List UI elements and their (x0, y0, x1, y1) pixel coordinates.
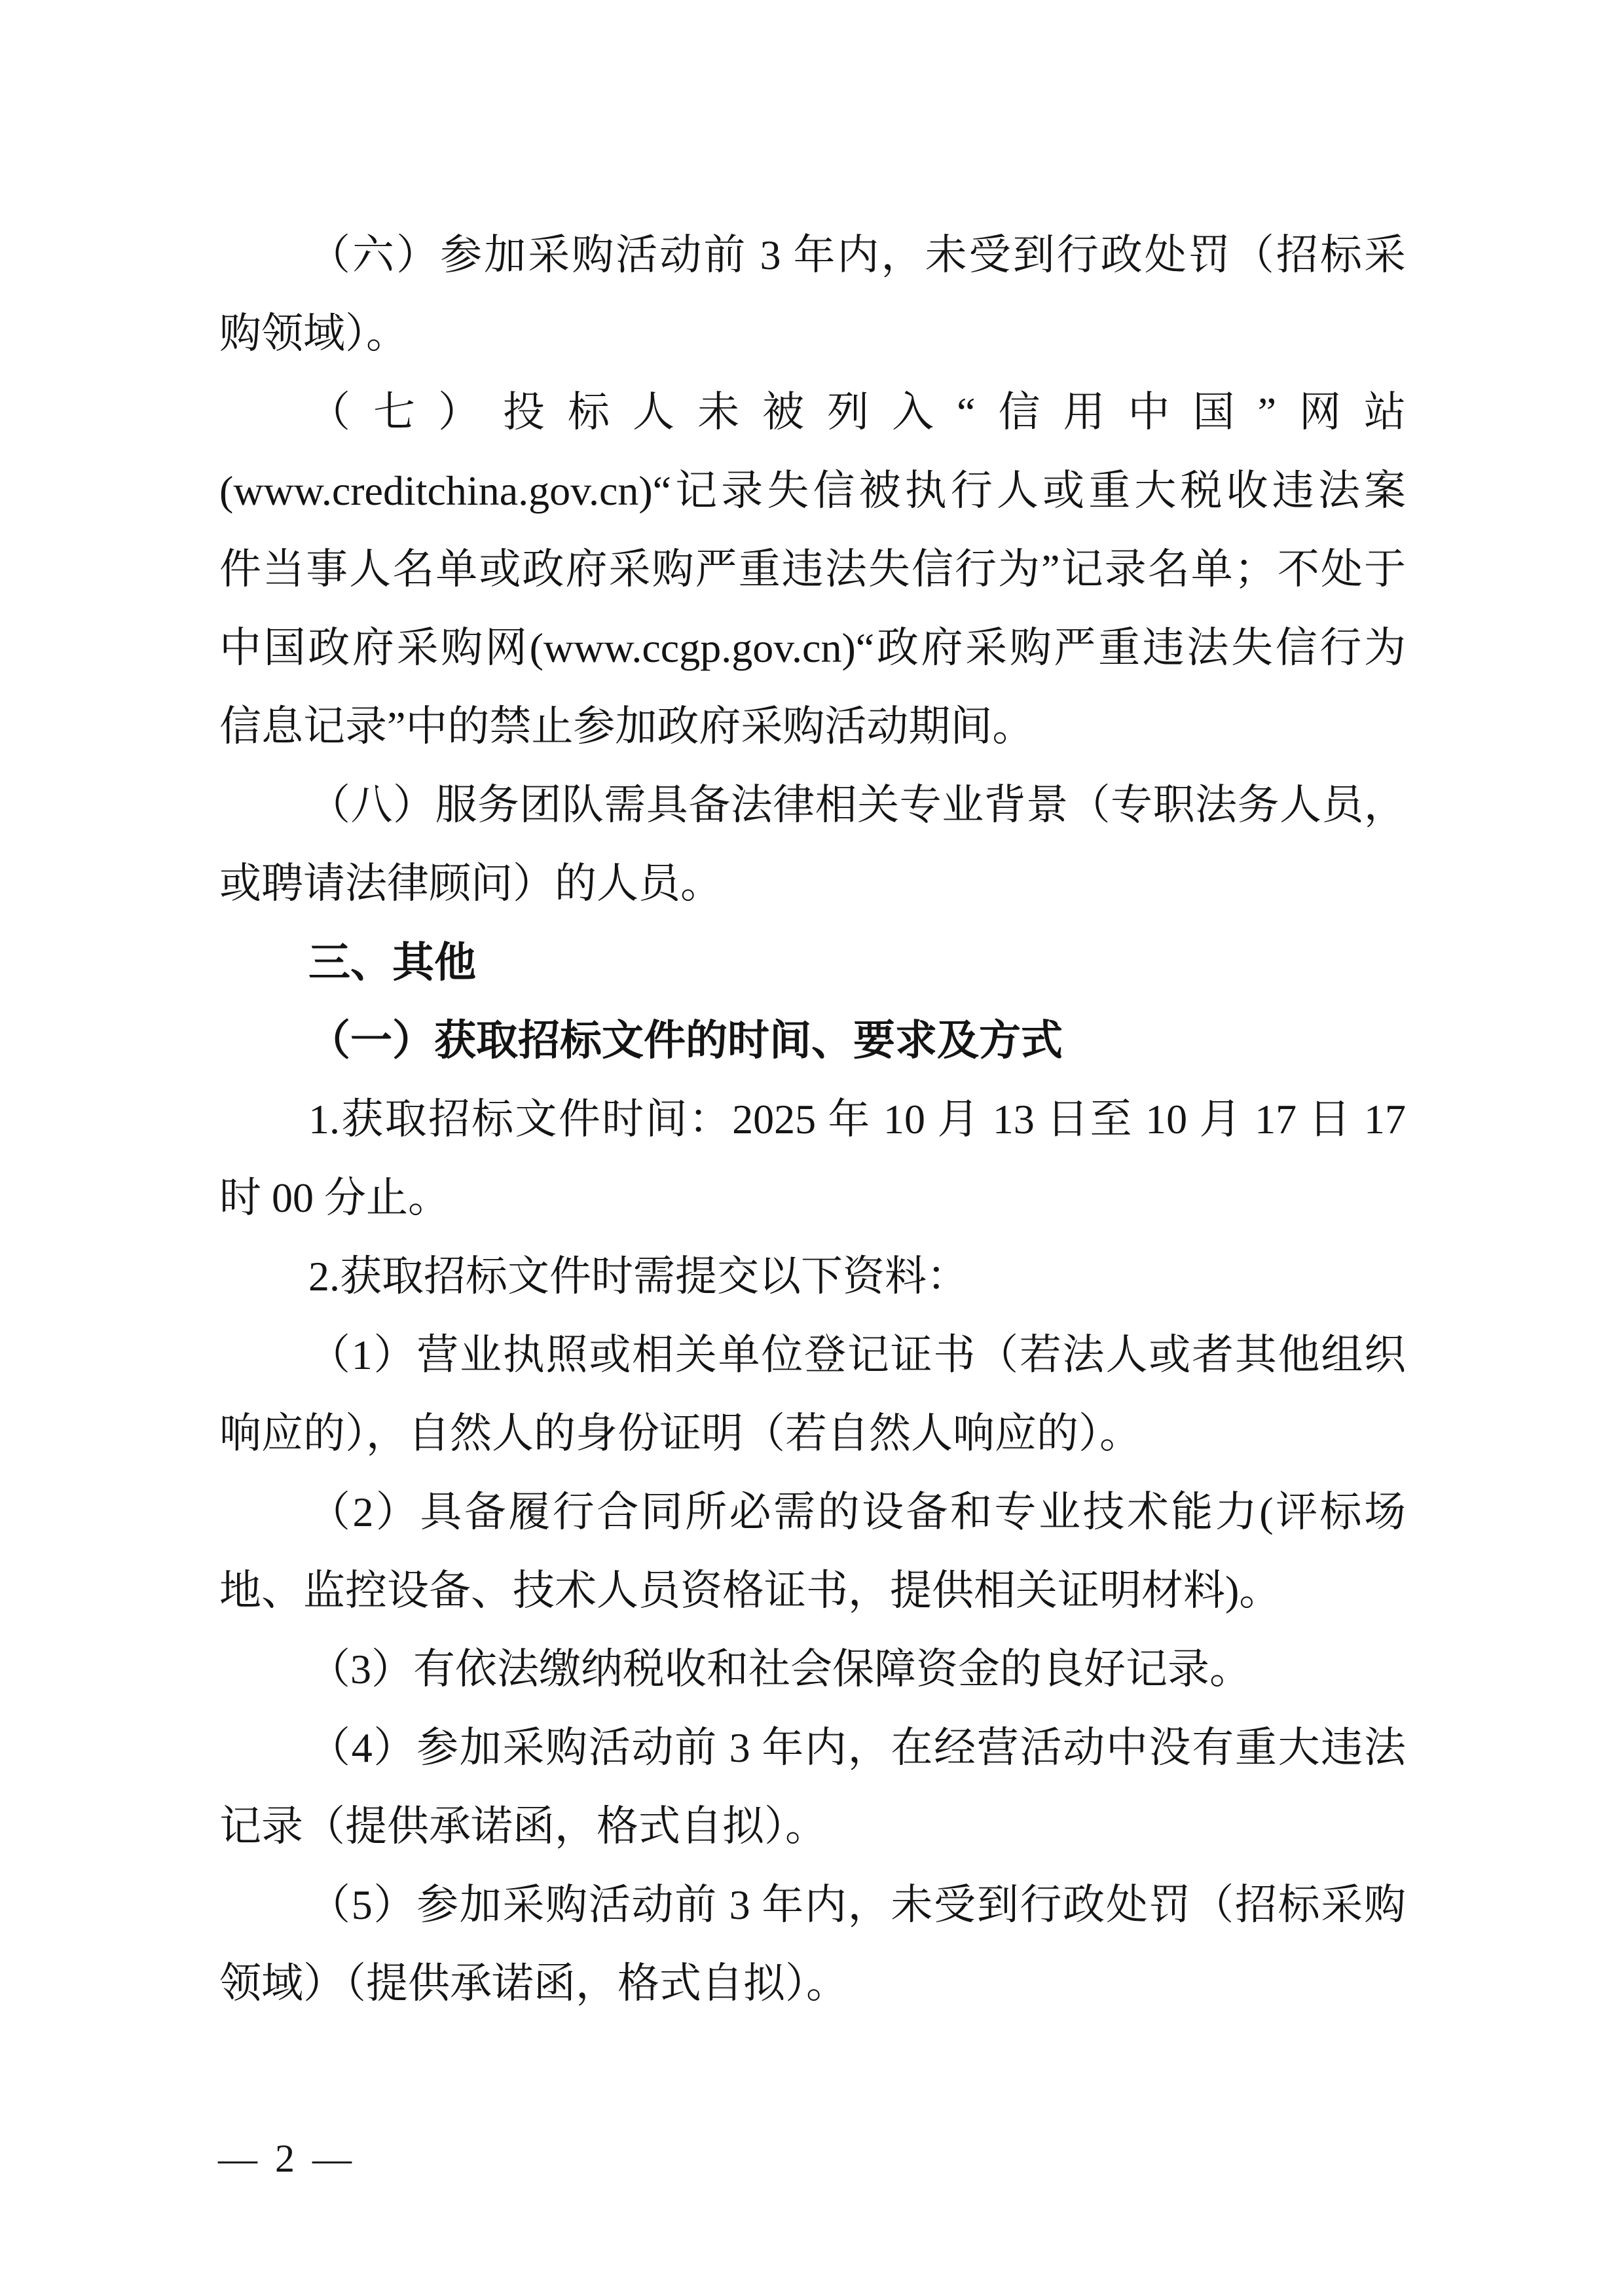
material-1-line-2: 响应的），自然人的身份证明（若自然人响应的）。 (219, 1394, 1406, 1473)
material-2-line-1: （2）具备履行合同所必需的设备和专业技术能力(评标场 (219, 1473, 1406, 1552)
section-heading-other: 三、其他 (219, 923, 1406, 1002)
clause-8-line-2: 或聘请法律顾问）的人员。 (219, 845, 1406, 923)
clause-7-line-2: (www.creditchina.gov.cn)“记录失信被执行人或重大税收违法… (219, 452, 1406, 530)
material-5-line-1: （5）参加采购活动前 3 年内，未受到行政处罚（招标采购 (219, 1866, 1406, 1944)
item-2-line-1: 2.获取招标文件时需提交以下资料： (219, 1237, 1406, 1316)
clause-6-line-2: 购领域）。 (219, 295, 1406, 373)
material-4-line-1: （4）参加采购活动前 3 年内，在经营活动中没有重大违法 (219, 1709, 1406, 1787)
material-3-line-1: （3）有依法缴纳税收和社会保障资金的良好记录。 (219, 1630, 1406, 1709)
clause-6-line-1: （六）参加采购活动前 3 年内，未受到行政处罚（招标采 (219, 216, 1406, 295)
clause-7-line-4: 中国政府采购网(www.ccgp.gov.cn)“政府采购严重违法失信行为 (219, 609, 1406, 687)
clause-7-line-1: （七）投标人未被列入“信用中国”网站 (219, 373, 1406, 452)
material-2-line-2: 地、监控设备、技术人员资格证书，提供相关证明材料)。 (219, 1552, 1406, 1630)
clause-7-line-3: 件当事人名单或政府采购严重违法失信行为”记录名单；不处于 (219, 530, 1406, 609)
item-1-line-2: 时 00 分止。 (219, 1159, 1406, 1237)
material-1-line-1: （1）营业执照或相关单位登记证书（若法人或者其他组织 (219, 1316, 1406, 1394)
subsection-heading-obtain-docs: （一）获取招标文件的时间、要求及方式 (219, 1002, 1406, 1080)
document-page: （六）参加采购活动前 3 年内，未受到行政处罚（招标采 购领域）。 （七）投标人… (0, 0, 1620, 2296)
material-4-line-2: 记录（提供承诺函，格式自拟）。 (219, 1787, 1406, 1866)
clause-7-line-5: 信息记录”中的禁止参加政府采购活动期间。 (219, 687, 1406, 766)
document-body: （六）参加采购活动前 3 年内，未受到行政处罚（招标采 购领域）。 （七）投标人… (219, 216, 1406, 2023)
clause-8-line-1: （八）服务团队需具备法律相关专业背景（专职法务人员， (219, 766, 1406, 845)
item-1-line-1: 1.获取招标文件时间：2025 年 10 月 13 日至 10 月 17 日 1… (219, 1080, 1406, 1159)
material-5-line-2: 领域）（提供承诺函，格式自拟）。 (219, 1944, 1406, 2023)
page-number: — 2 — (218, 2129, 356, 2188)
